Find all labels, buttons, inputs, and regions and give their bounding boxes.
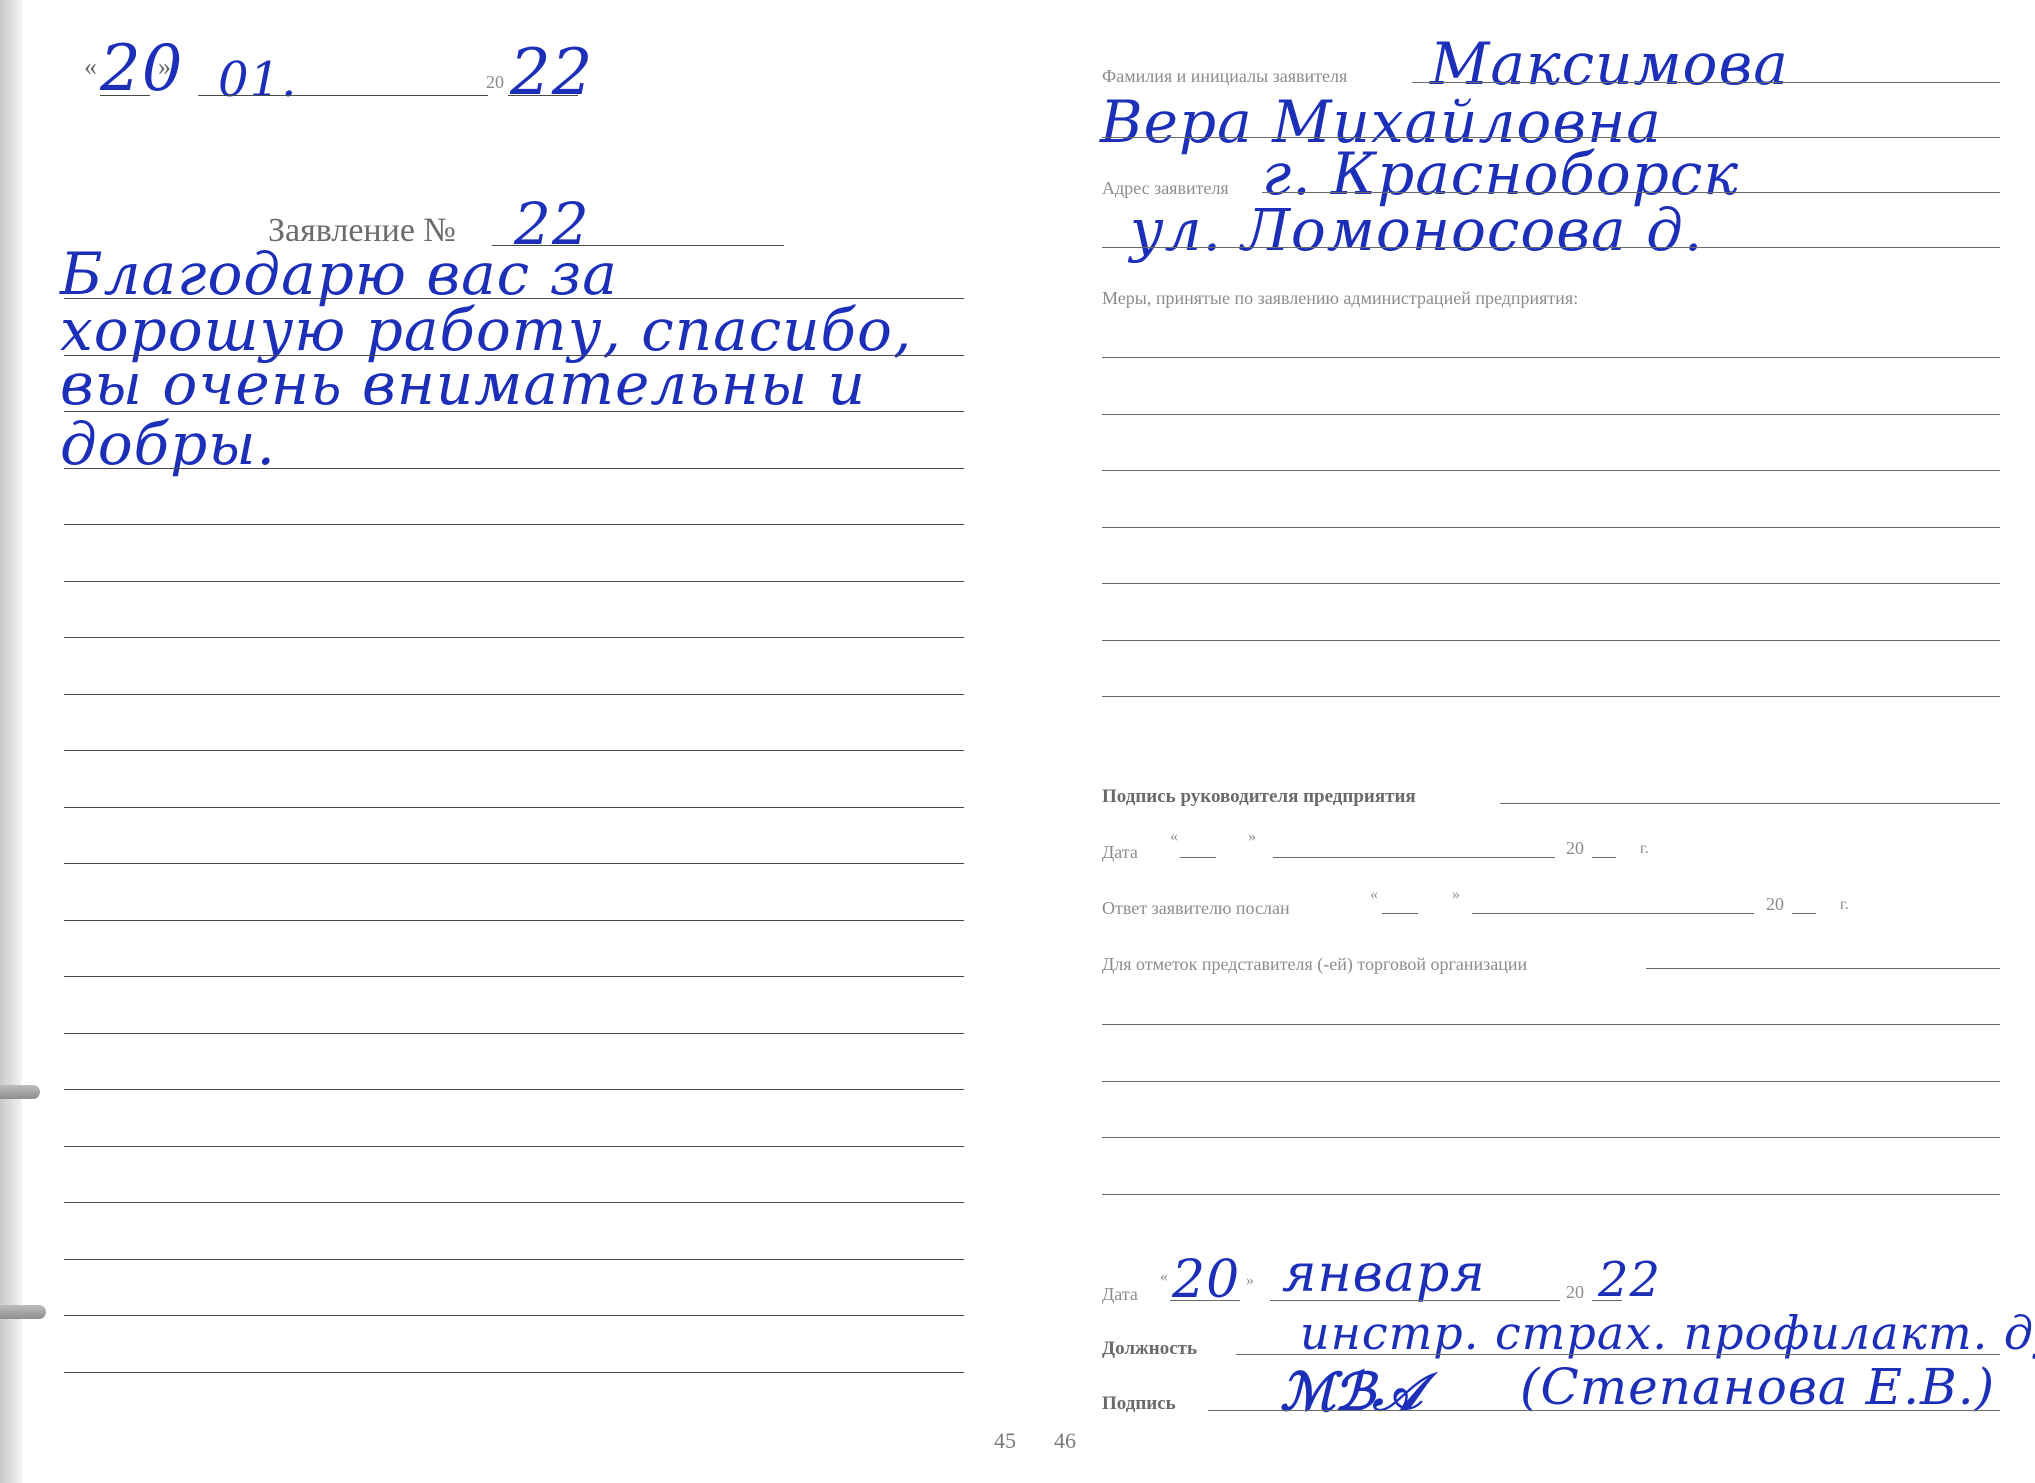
position-value: инстр. страх. профилакт. дур. [1300, 1306, 2035, 1360]
response-sent-label: Ответ заявителю послан [1102, 898, 1290, 919]
position-label: Должность [1102, 1338, 1197, 1360]
final-date-month: января [1282, 1244, 1486, 1304]
measures-label: Меры, принятые по заявлению администраци… [1102, 288, 1578, 309]
org-rep-label: Для отметок представителя (-ей) торговой… [1102, 954, 1527, 975]
signature-scribble: ℳℬ𝒜 [1280, 1362, 1420, 1424]
applicant-name-label: Фамилия и инициалы заявителя [1102, 66, 1347, 87]
final-date-label: Дата [1102, 1284, 1138, 1305]
manager-signature-label: Подпись руководителя предприятия [1102, 786, 1416, 808]
final-date-day: 20 [1172, 1250, 1240, 1310]
signature-value: (Степанова Е.В.) [1520, 1358, 1995, 1416]
signature-label: Подпись [1102, 1393, 1176, 1415]
date-label: Дата [1102, 842, 1138, 863]
address-line2: ул. Ломоносова д. [1130, 196, 1703, 264]
page-number-right: 46 [1054, 1428, 1076, 1454]
right-page: Фамилия и инициалы заявителя Максимова В… [0, 0, 2035, 1483]
